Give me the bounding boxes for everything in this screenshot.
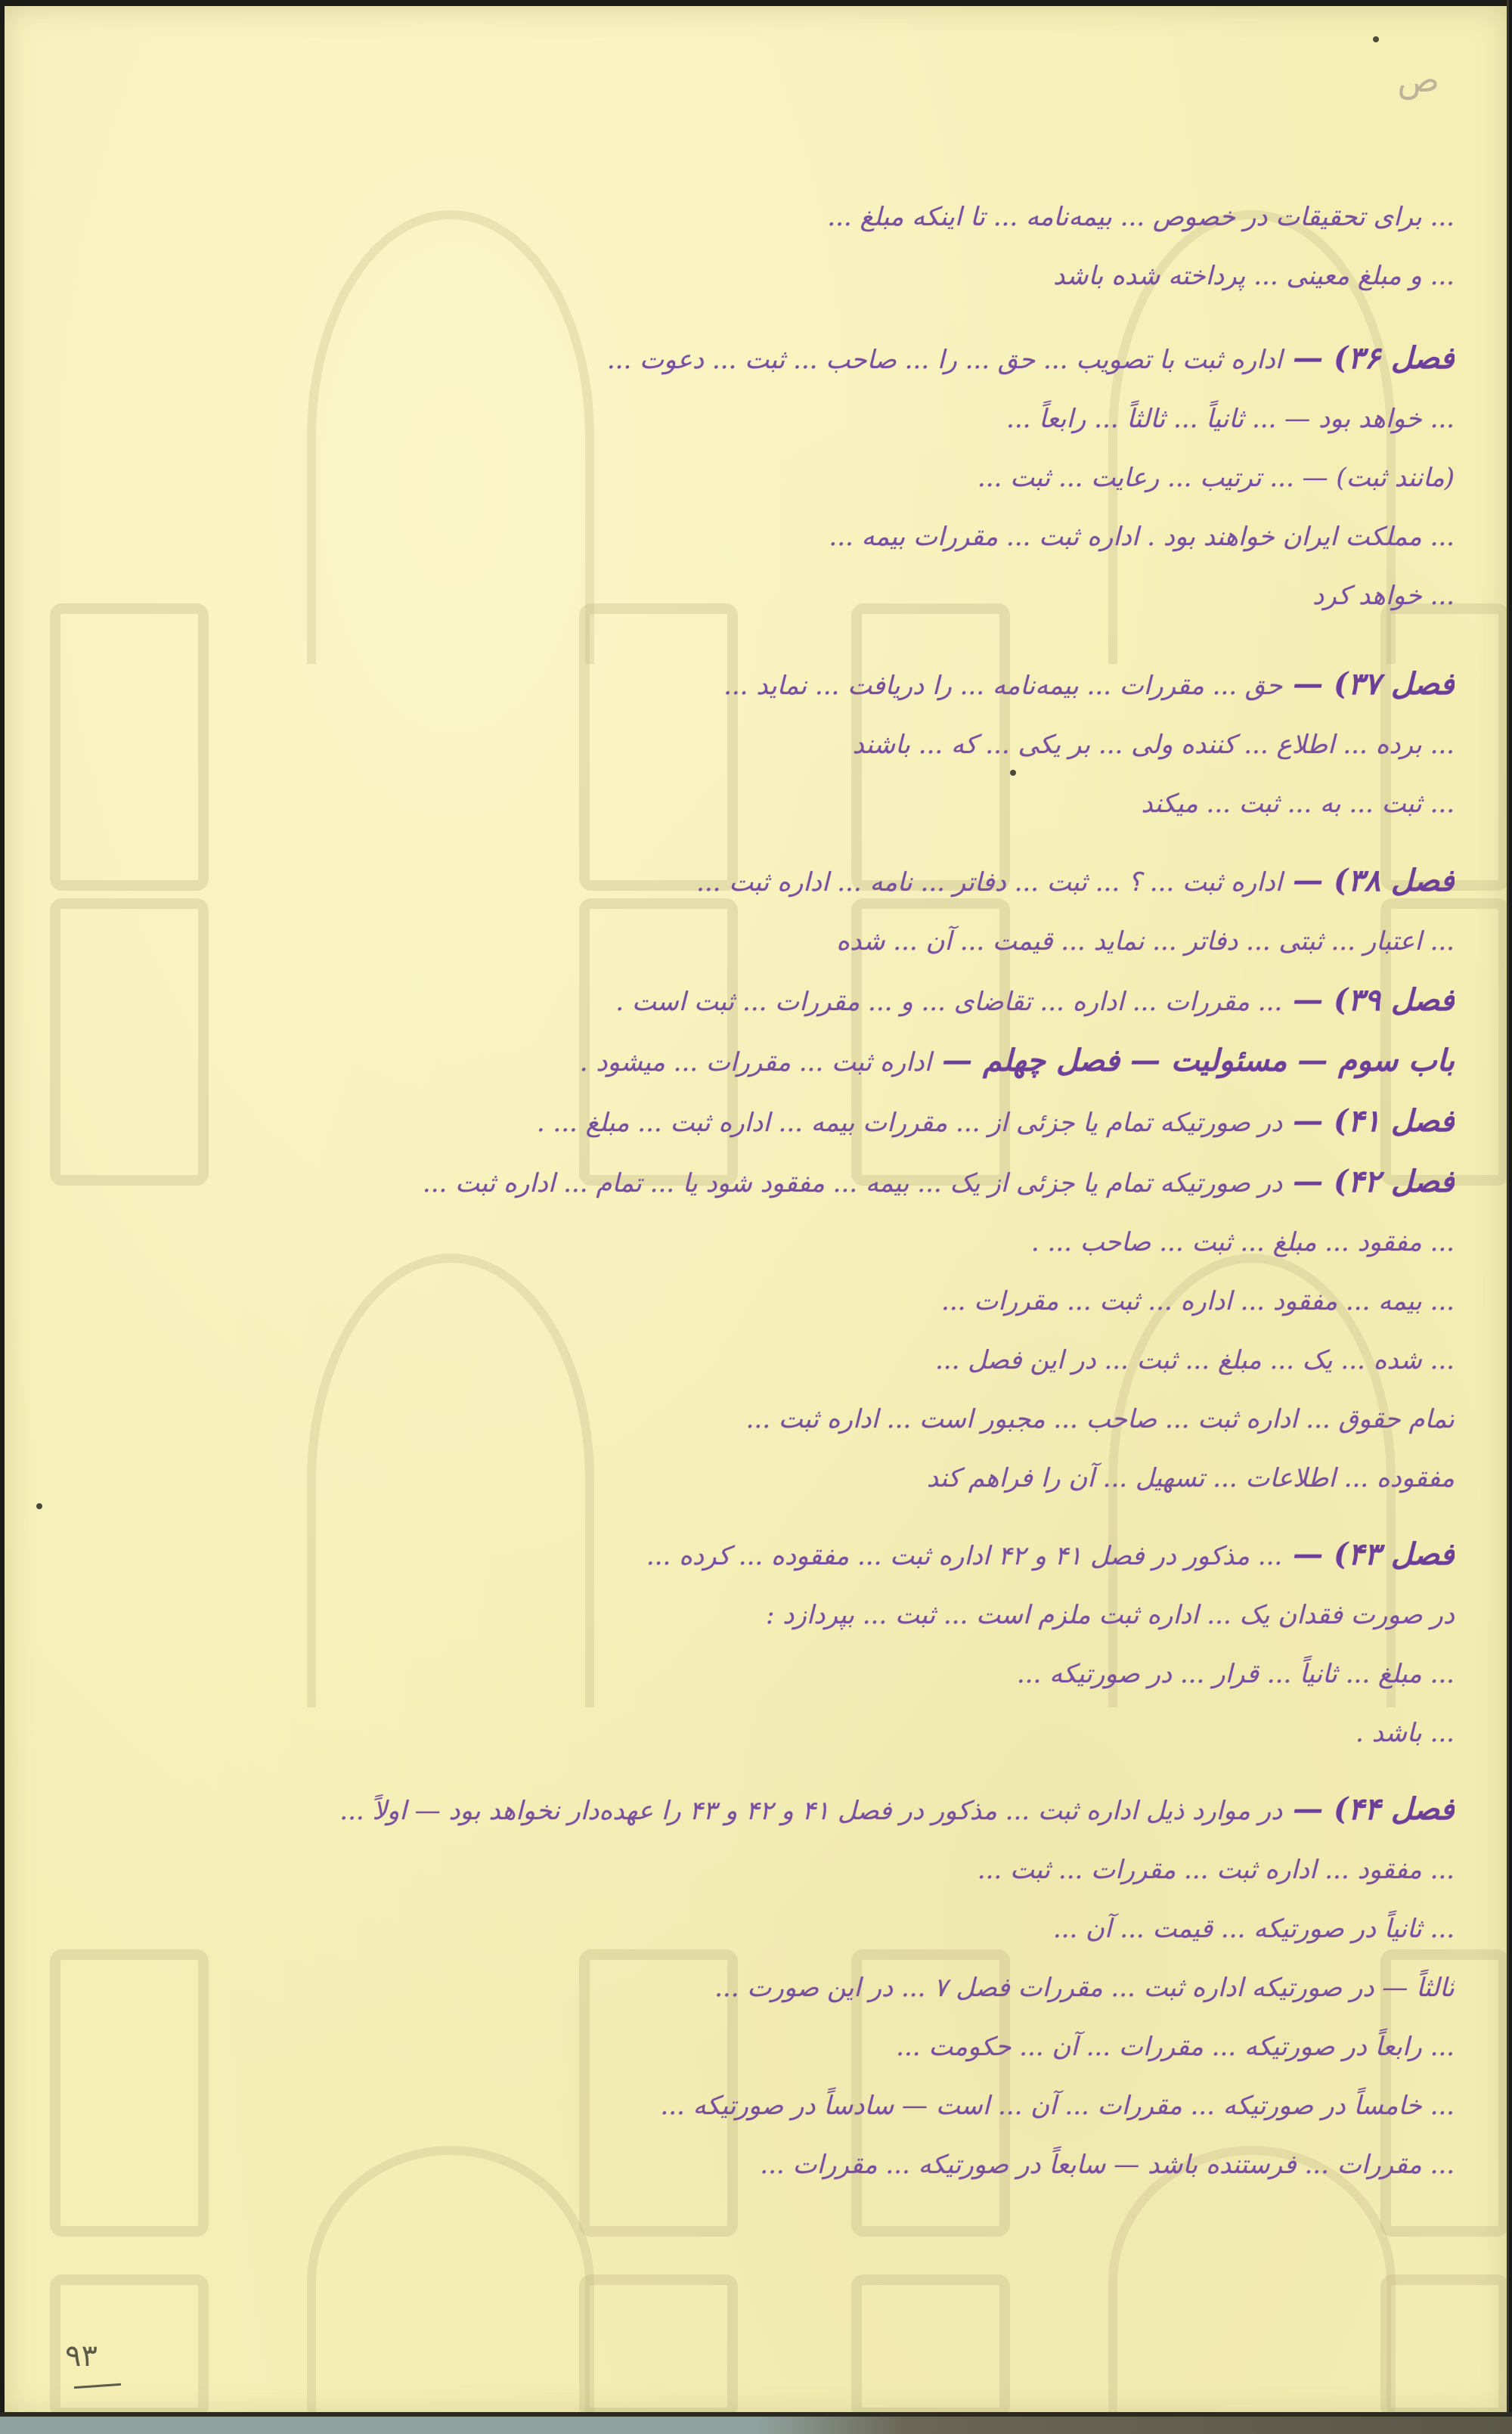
line-text: (مانند ثبت) — ... ترتیب ... رعایت ... ثب… [978, 463, 1455, 493]
line-text: ... مقررات ... فرستنده باشد — سابعاً در … [760, 2150, 1455, 2180]
manuscript-text: ... برای تحقیقات در خصوص ... بیمه‌نامه .… [88, 188, 1455, 2194]
line-text: اداره ثبت ... مقررات ... میشود . [580, 1047, 931, 1077]
paragraph-fasl-43: فصل ۴۳) — ... مذکور در فصل ۴۱ و ۴۲ اداره… [88, 1525, 1455, 1763]
line-text: اداره ثبت با تصویب ... حق ... را ... صاح… [607, 345, 1282, 375]
text-line: در صورت فقدان یک ... اداره ثبت ملزم است … [88, 1586, 1455, 1645]
text-line: فصل ۴۲) — در صورتیکه تمام یا جزئی از یک … [88, 1152, 1455, 1213]
text-line: باب سوم — مسئولیت — فصل چهلم — اداره ثبت… [88, 1031, 1455, 1092]
text-line: ... خواهد کرد [88, 566, 1455, 625]
text-line: فصل ۳۹) — ... مقررات ... اداره ... تقاضا… [88, 971, 1455, 1031]
line-text: ... برده ... اطلاع ... کننده ولی ... بر … [853, 730, 1455, 760]
line-text: ... خواهد بود — ... ثانیاً ... ثالثاً ..… [1006, 404, 1455, 434]
section-heading: فصل ۳۷) — [1282, 666, 1455, 702]
ink-speck [36, 1503, 42, 1509]
line-text: ... برای تحقیقات در خصوص ... بیمه‌نامه .… [827, 202, 1455, 232]
paragraph-fasl-36: فصل ۳۶) — اداره ثبت با تصویب ... حق ... … [88, 329, 1455, 625]
line-text: ... مملکت ایران خواهند بود . اداره ثبت .… [829, 522, 1455, 552]
line-text: ... ثانیاً در صورتیکه ... قیمت ... آن ..… [1053, 1914, 1455, 1944]
text-line: ... مملکت ایران خواهند بود . اداره ثبت .… [88, 507, 1455, 566]
line-text: ... شده ... یک ... مبلغ ... ثبت ... در ا… [935, 1345, 1455, 1375]
line-text: مفقوده ... اطلاعات ... تسهیل ... آن را ف… [927, 1463, 1455, 1493]
text-line: ثالثاً — در صورتیکه اداره ثبت ... مقررات… [88, 1958, 1455, 2017]
section-heading: باب سوم — مسئولیت — فصل چهلم — [931, 1043, 1455, 1078]
paragraph-intro: ... برای تحقیقات در خصوص ... بیمه‌نامه .… [88, 188, 1455, 305]
text-line: ... خواهد بود — ... ثانیاً ... ثالثاً ..… [88, 389, 1455, 448]
corner-mark: ص [1397, 59, 1439, 100]
text-line: مفقوده ... اطلاعات ... تسهیل ... آن را ف… [88, 1449, 1455, 1508]
paragraph-bab-3: باب سوم — مسئولیت — فصل چهلم — اداره ثبت… [88, 1031, 1455, 1092]
text-line: ... خامساً در صورتیکه ... مقررات ... آن … [88, 2076, 1455, 2135]
line-text: ... مفقود ... مبلغ ... ثبت ... صاحب ... … [1031, 1227, 1455, 1257]
line-text: تمام حقوق ... اداره ثبت ... صاحب ... مجب… [746, 1404, 1455, 1434]
paragraph-fasl-37: فصل ۳۷) — حق ... مقررات ... بیمه‌نامه ..… [88, 655, 1455, 833]
paragraph-fasl-41: فصل ۴۱) — در صورتیکه تمام یا جزئی از ...… [88, 1092, 1455, 1152]
section-heading: فصل ۳۹) — [1282, 982, 1455, 1018]
text-line: ... مبلغ ... ثانیاً ... قرار ... در صورت… [88, 1645, 1455, 1704]
paragraph-fasl-38: فصل ۳۸) — اداره ثبت ... ؟ ... ثبت ... دف… [88, 851, 1455, 971]
watermark-block [851, 2274, 1010, 2418]
text-line: فصل ۴۱) — در صورتیکه تمام یا جزئی از ...… [88, 1092, 1455, 1152]
text-line: فصل ۴۳) — ... مذکور در فصل ۴۱ و ۴۲ اداره… [88, 1525, 1455, 1586]
section-heading: فصل ۴۴) — [1282, 1791, 1455, 1827]
line-text: ... خامساً در صورتیکه ... مقررات ... آن … [660, 2091, 1455, 2121]
text-line: ... ثانیاً در صورتیکه ... قیمت ... آن ..… [88, 1899, 1455, 1958]
line-text: ... مبلغ ... ثانیاً ... قرار ... در صورت… [1017, 1659, 1455, 1689]
line-text: در صورت فقدان یک ... اداره ثبت ملزم است … [766, 1600, 1455, 1630]
text-line: فصل ۳۷) — حق ... مقررات ... بیمه‌نامه ..… [88, 655, 1455, 715]
text-line: ... شده ... یک ... مبلغ ... ثبت ... در ا… [88, 1331, 1455, 1390]
page-number: ۹۳ [65, 2339, 98, 2374]
section-heading: فصل ۴۳) — [1282, 1536, 1455, 1572]
line-text: حق ... مقررات ... بیمه‌نامه ... را دریاف… [723, 671, 1282, 701]
line-text: ثالثاً — در صورتیکه اداره ثبت ... مقررات… [714, 1973, 1455, 2003]
text-line: ... مقررات ... فرستنده باشد — سابعاً در … [88, 2135, 1455, 2194]
text-line: فصل ۴۴) — در موارد ذیل اداره ثبت ... مذک… [88, 1780, 1455, 1840]
line-text: در صورتیکه تمام یا جزئی از ... مقررات بی… [537, 1108, 1282, 1138]
text-line: ... برای تحقیقات در خصوص ... بیمه‌نامه .… [88, 188, 1455, 247]
scan-background [0, 2417, 1512, 2434]
line-text: ... اعتبار ... ثبتی ... دفاتر ... نماید … [836, 926, 1455, 957]
ink-speck [1373, 36, 1379, 42]
text-line: ... مفقود ... اداره ثبت ... مقررات ... ث… [88, 1840, 1455, 1899]
section-heading: فصل ۴۱) — [1282, 1103, 1455, 1139]
line-text: ... خواهد کرد [1312, 581, 1455, 611]
paragraph-fasl-44: فصل ۴۴) — در موارد ذیل اداره ثبت ... مذک… [88, 1780, 1455, 2194]
text-line: ... و مبلغ معینی ... پرداخته شده باشد [88, 247, 1455, 305]
text-line: ... اعتبار ... ثبتی ... دفاتر ... نماید … [88, 912, 1455, 971]
line-text: ... مفقود ... اداره ثبت ... مقررات ... ث… [978, 1855, 1455, 1885]
line-text: ... رابعاً در صورتیکه ... مقررات ... آن … [896, 2032, 1455, 2062]
text-line: ... باشد . [88, 1704, 1455, 1763]
line-text: در صورتیکه تمام یا جزئی از یک ... بیمه .… [423, 1168, 1282, 1198]
line-text: ... مذکور در فصل ۴۱ و ۴۲ اداره ثبت ... م… [646, 1541, 1282, 1571]
text-line: ... بیمه ... مفقود ... اداره ... ثبت ...… [88, 1272, 1455, 1331]
text-line: ... برده ... اطلاع ... کننده ولی ... بر … [88, 715, 1455, 774]
section-heading: فصل ۴۲) — [1282, 1164, 1455, 1199]
paragraph-fasl-39: فصل ۳۹) — ... مقررات ... اداره ... تقاضا… [88, 971, 1455, 1031]
section-heading: فصل ۳۸) — [1282, 863, 1455, 898]
text-line: تمام حقوق ... اداره ثبت ... صاحب ... مجب… [88, 1390, 1455, 1449]
line-text: ... ثبت ... به ... ثبت ... میکند [1141, 789, 1455, 819]
text-line: فصل ۳۶) — اداره ثبت با تصویب ... حق ... … [88, 329, 1455, 389]
line-text: اداره ثبت ... ؟ ... ثبت ... دفاتر ... نا… [696, 867, 1282, 898]
text-line: فصل ۳۸) — اداره ثبت ... ؟ ... ثبت ... دف… [88, 851, 1455, 912]
watermark-block [579, 2274, 738, 2418]
watermark-block [1380, 2274, 1509, 2418]
line-text: ... بیمه ... مفقود ... اداره ... ثبت ...… [941, 1286, 1455, 1316]
page-edge [1507, 0, 1509, 2419]
line-text: ... باشد . [1356, 1718, 1455, 1748]
text-line: (مانند ثبت) — ... ترتیب ... رعایت ... ثب… [88, 448, 1455, 507]
paragraph-fasl-42: فصل ۴۲) — در صورتیکه تمام یا جزئی از یک … [88, 1152, 1455, 1508]
text-line: ... ثبت ... به ... ثبت ... میکند [88, 774, 1455, 833]
line-text: در موارد ذیل اداره ثبت ... مذکور در فصل … [339, 1796, 1282, 1826]
section-heading: فصل ۳۶) — [1282, 340, 1455, 376]
line-text: ... مقررات ... اداره ... تقاضای ... و ..… [615, 987, 1282, 1017]
line-text: ... و مبلغ معینی ... پرداخته شده باشد [1053, 261, 1455, 291]
text-line: ... مفقود ... مبلغ ... ثبت ... صاحب ... … [88, 1213, 1455, 1272]
text-line: ... رابعاً در صورتیکه ... مقررات ... آن … [88, 2017, 1455, 2076]
manuscript-page: ص ... برای تحقیقات در خصوص ... بیمه‌نامه… [5, 6, 1507, 2417]
